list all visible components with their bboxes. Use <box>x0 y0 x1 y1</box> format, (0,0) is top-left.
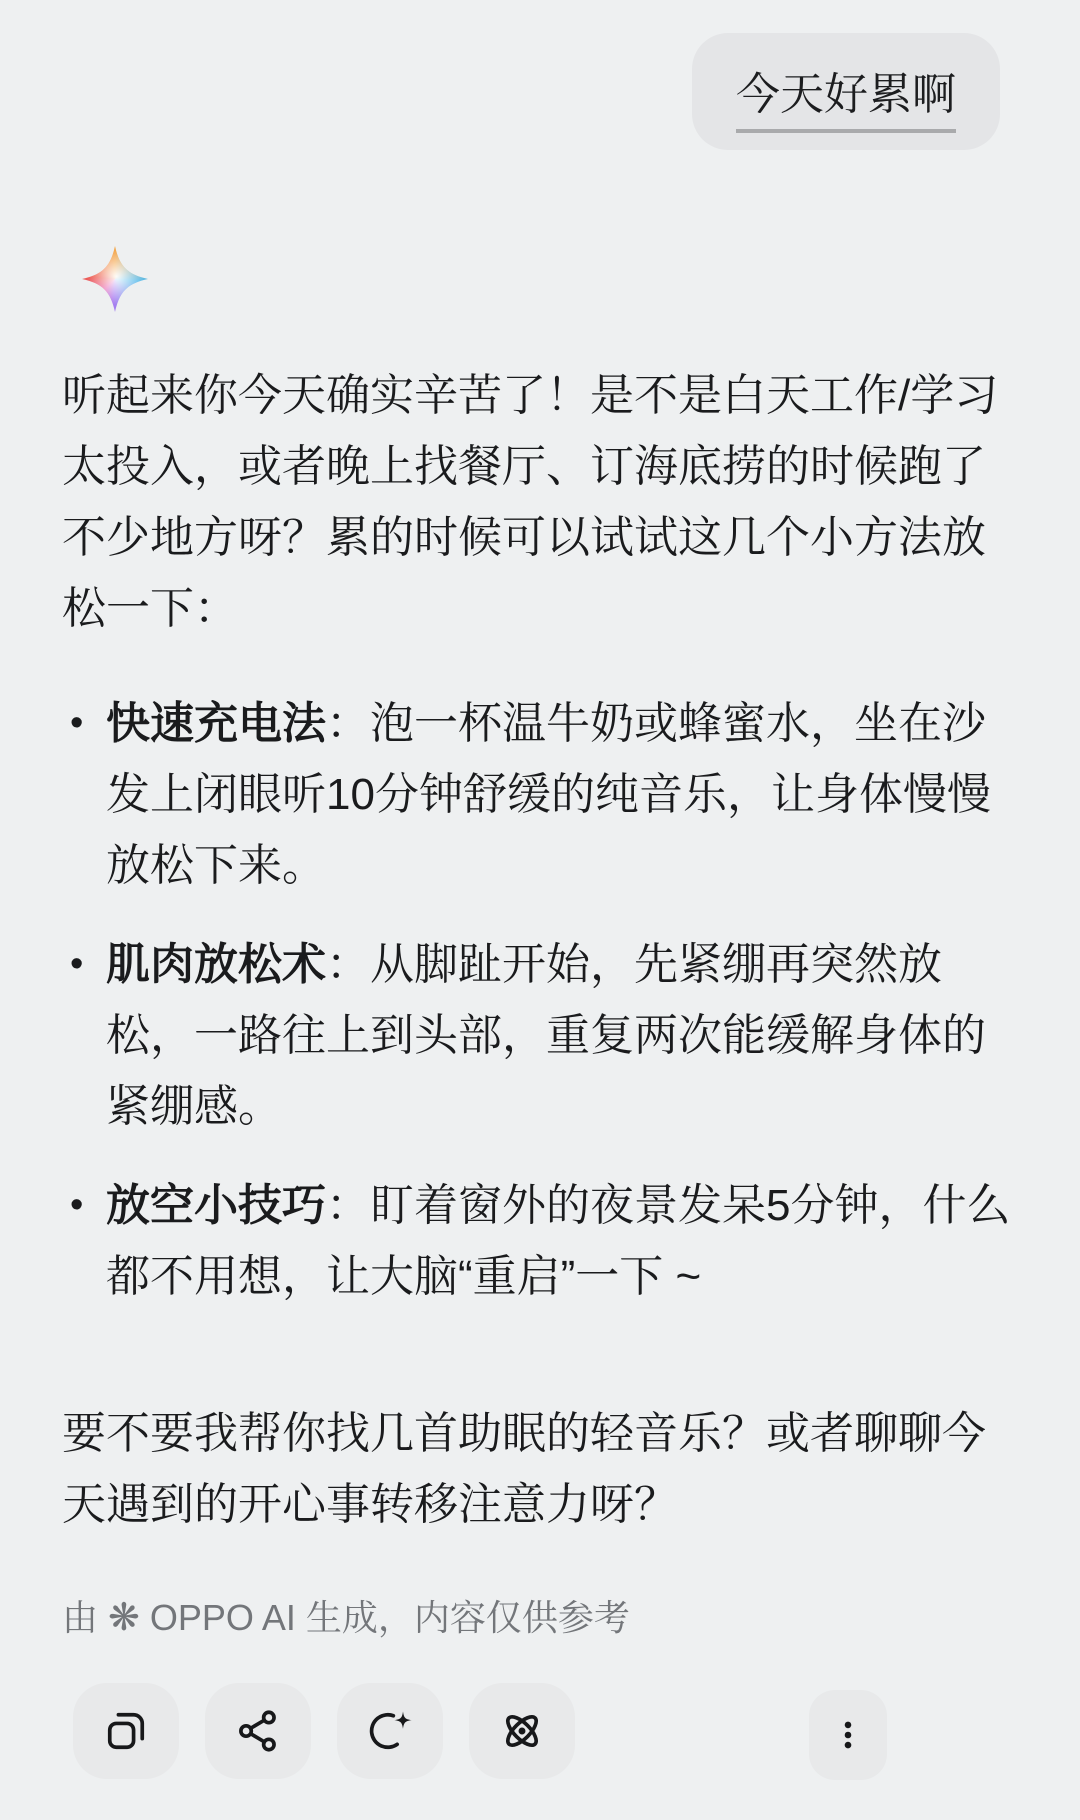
bullet-icon: • <box>70 929 83 1000</box>
head-sparkle-icon <box>364 1705 416 1757</box>
attribution-line: 由 ❋ OPPO AI 生成，内容仅供参考 <box>62 1596 1014 1640</box>
bullet-icon: • <box>70 688 83 759</box>
list-item: •放空小技巧：盯着窗外的夜景发呆5分钟，什么都不用想，让大脑“重启”一下 ~ <box>62 1170 1014 1312</box>
tip-term: 快速充电法 <box>106 699 326 748</box>
share-button[interactable] <box>205 1683 311 1779</box>
bullet-icon: • <box>70 1170 83 1241</box>
copy-button[interactable] <box>73 1683 179 1779</box>
kebab-menu-icon <box>826 1713 870 1757</box>
chat-screen: 今天好累啊 听起来你今天确实辛苦了！是不是白天工作/学习太投入，或者晚上找餐厅、… <box>0 0 1080 1820</box>
tips-list: •快速充电法：泡一杯温牛奶或蜂蜜水，坐在沙发上闭眼听10分钟舒缓的纯音乐，让身体… <box>62 688 1014 1312</box>
attribution-text: OPPO AI 生成，内容仅供参考 <box>150 1596 630 1640</box>
tip-term: 肌肉放松术 <box>106 940 326 989</box>
action-bar <box>73 1683 575 1779</box>
list-item: •肌肉放松术：从脚趾开始，先紧绷再突然放松，一路往上到头部，重复两次能缓解身体的… <box>62 929 1014 1142</box>
tip-term: 放空小技巧 <box>106 1181 326 1230</box>
user-message-bubble[interactable]: 今天好累啊 <box>692 33 1000 150</box>
more-options-button[interactable] <box>809 1690 887 1780</box>
assistant-outro-paragraph: 要不要我帮你找几首助眠的轻音乐？或者聊聊今天遇到的开心事转移注意力呀？ <box>62 1398 1014 1540</box>
ai-rewrite-button[interactable] <box>337 1683 443 1779</box>
oppo-ai-logo-icon: ❋ <box>108 1599 140 1637</box>
user-message-text: 今天好累啊 <box>736 70 956 133</box>
share-icon <box>232 1705 284 1757</box>
atom-icon <box>496 1705 548 1757</box>
assistant-avatar <box>82 246 148 312</box>
list-item: •快速充电法：泡一杯温牛奶或蜂蜜水，坐在沙发上闭眼听10分钟舒缓的纯音乐，让身体… <box>62 688 1014 901</box>
deep-think-button[interactable] <box>469 1683 575 1779</box>
ai-sparkle-star-icon <box>82 246 148 312</box>
assistant-message: 听起来你今天确实辛苦了！是不是白天工作/学习太投入，或者晚上找餐厅、订海底捞的时… <box>62 360 1014 1640</box>
attribution-prefix: 由 <box>62 1596 98 1640</box>
assistant-intro-paragraph: 听起来你今天确实辛苦了！是不是白天工作/学习太投入，或者晚上找餐厅、订海底捞的时… <box>62 360 1014 644</box>
copy-icon <box>100 1705 152 1757</box>
